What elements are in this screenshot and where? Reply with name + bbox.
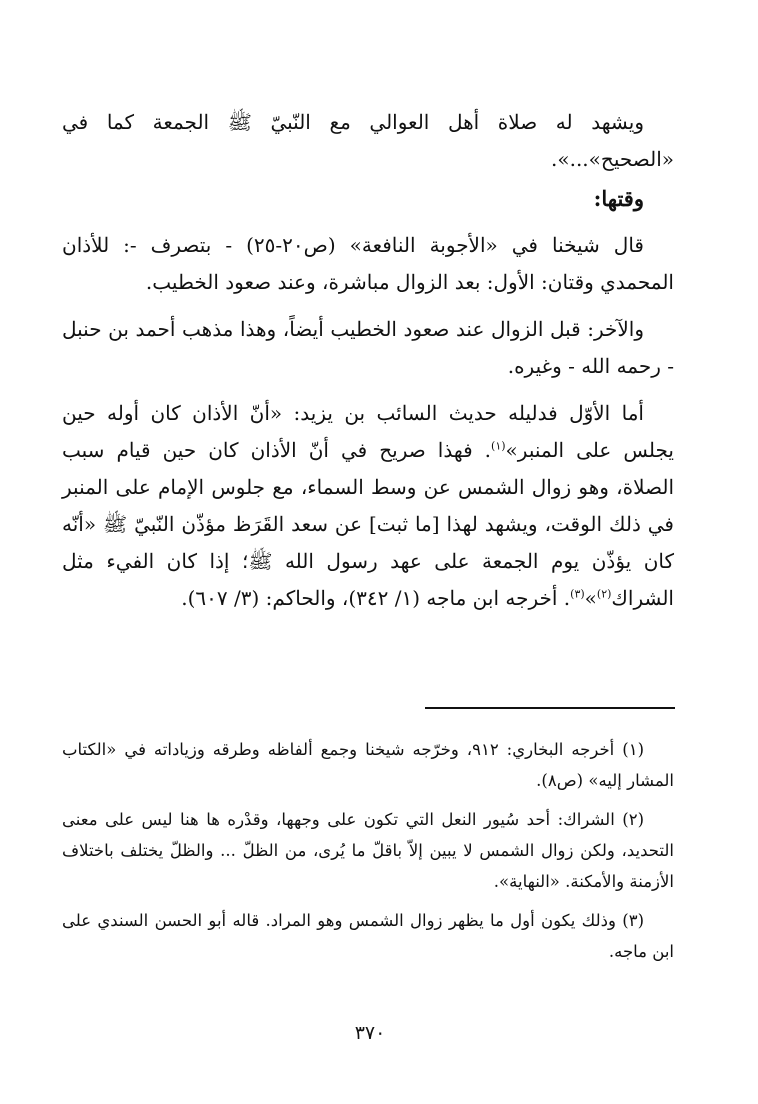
paragraph-4: أما الأوّل فدليله حديث السائب بن يزيد: «…	[62, 395, 674, 617]
paragraph-3: والآخر: قبل الزوال عند صعود الخطيب أيضاً…	[62, 311, 674, 385]
paragraph-4-part-c: »	[585, 586, 597, 610]
paragraph-4-part-b: . فهذا صريح في أنّ الأذان كان حين قيام س…	[62, 438, 674, 610]
footnote-1: (١) أخرجه البخاري: ٩١٢، وخرّجه شيخنا وجم…	[62, 734, 674, 796]
footnotes: (١) أخرجه البخاري: ٩١٢، وخرّجه شيخنا وجم…	[62, 734, 674, 967]
footnote-text: الشراك: أحد سُيور النعل التي تكون على وج…	[62, 810, 674, 891]
footnote-marker: (٢)	[622, 810, 644, 829]
book-page: ويشهد له صلاة أهل العوالي مع النّبيّ ﷺ ا…	[0, 0, 758, 1104]
footnote-text: أخرجه البخاري: ٩١٢، وخرّجه شيخنا وجمع أل…	[62, 740, 674, 790]
main-text: ويشهد له صلاة أهل العوالي مع النّبيّ ﷺ ا…	[62, 104, 674, 617]
section-heading: وقتها:	[62, 180, 674, 217]
footnote-2: (٢) الشراك: أحد سُيور النعل التي تكون عل…	[62, 804, 674, 897]
page-number: ٣٧٠	[340, 1022, 400, 1044]
footnote-marker: (٣)	[622, 911, 644, 930]
paragraph-4-part-d: . أخرجه ابن ماجه (١/ ٣٤٢)، والحاكم: (٣/ …	[181, 586, 570, 610]
footnote-text: وذلك يكون أول ما يظهر زوال الشمس وهو الم…	[62, 911, 674, 961]
paragraph-2: قال شيخنا في «الأجوبة النافعة» (ص٢٠-٢٥) …	[62, 227, 674, 301]
footnote-3: (٣) وذلك يكون أول ما يظهر زوال الشمس وهو…	[62, 905, 674, 967]
footnote-ref-1[interactable]: (١)	[491, 439, 506, 452]
footnote-marker: (١)	[622, 740, 644, 759]
footnote-ref-2[interactable]: (٢)	[597, 587, 612, 600]
paragraph-1: ويشهد له صلاة أهل العوالي مع النّبيّ ﷺ ا…	[62, 104, 674, 178]
footnote-ref-3[interactable]: (٣)	[570, 587, 585, 600]
footnote-separator	[425, 707, 675, 709]
